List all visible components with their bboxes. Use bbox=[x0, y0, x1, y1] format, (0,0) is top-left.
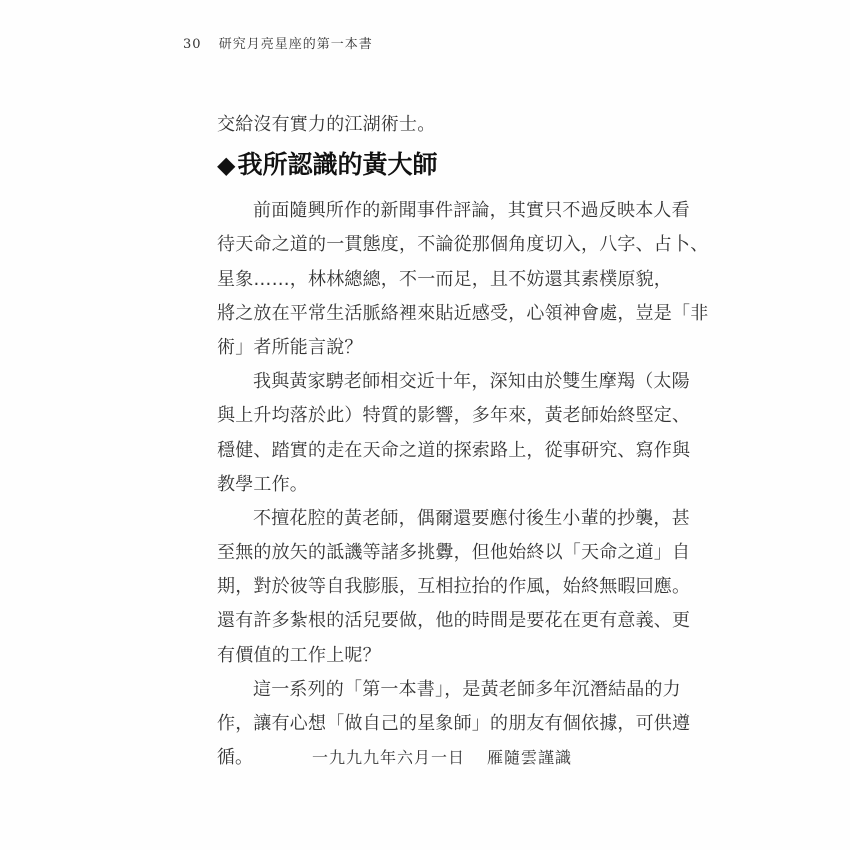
text-line: 教學工作。 bbox=[217, 468, 637, 502]
text-line: 作，讓有心想「做自己的星象師」的朋友有個依據，可供遵 bbox=[217, 707, 637, 741]
text-line: 還有許多紮根的活兒要做，他的時間是要花在更有意義、更 bbox=[217, 604, 637, 638]
text-line: 星象……，林林總總，不一而足，且不妨還其素樸原貌， bbox=[217, 263, 637, 297]
text-line: 穩健、踏實的走在天命之道的探索路上，從事研究、寫作與 bbox=[217, 434, 637, 468]
book-page: 30 研究月亮星座的第一本書 交給沒有實力的江湖術士。 ◆我所認識的黃大師 前面… bbox=[0, 0, 850, 850]
running-header: 30 研究月亮星座的第一本書 bbox=[183, 33, 373, 52]
section-heading: ◆我所認識的黃大師 bbox=[217, 142, 637, 188]
diamond-bullet-icon: ◆ bbox=[217, 142, 235, 188]
paragraph-4: 這一系列的「第一本書」，是黃老師多年沉潛結晶的力 作，讓有心想「做自己的星象師」… bbox=[217, 673, 637, 776]
carryover-line: 交給沒有實力的江湖術士。 bbox=[217, 108, 637, 142]
section-title: 我所認識的黃大師 bbox=[237, 150, 437, 179]
text-line: 至無的放矢的詆譏等諸多挑釁，但他始終以「天命之道」自 bbox=[217, 536, 637, 570]
page-number: 30 bbox=[183, 37, 202, 52]
text-line: 這一系列的「第一本書」，是黃老師多年沉潛結晶的力 bbox=[217, 673, 637, 707]
book-title: 研究月亮星座的第一本書 bbox=[219, 37, 373, 52]
text-line: 待天命之道的一貫態度，不論從那個角度切入，八字、占卜、 bbox=[217, 228, 637, 262]
text-line: 將之放在平常生活脈絡裡來貼近感受，心領神會處，豈是「非 bbox=[217, 297, 637, 331]
text-line: 不擅花腔的黃老師，偶爾還要應付後生小輩的抄襲，甚 bbox=[217, 502, 637, 536]
signature: 一九九九年六月一日雁隨雲謹識 bbox=[312, 741, 572, 775]
text-line: 有價值的工作上呢？ bbox=[217, 639, 637, 673]
text-line: 與上升均落於此）特質的影響，多年來，黃老師始終堅定、 bbox=[217, 399, 637, 433]
paragraph-1: 前面隨興所作的新聞事件評論，其實只不過反映本人看 待天命之道的一貫態度，不論從那… bbox=[217, 194, 637, 365]
text-line: 前面隨興所作的新聞事件評論，其實只不過反映本人看 bbox=[217, 194, 637, 228]
paragraph-3: 不擅花腔的黃老師，偶爾還要應付後生小輩的抄襲，甚 至無的放矢的詆譏等諸多挑釁，但… bbox=[217, 502, 637, 673]
paragraph-2: 我與黃家騁老師相交近十年，深知由於雙生摩羯（太陽 與上升均落於此）特質的影響，多… bbox=[217, 365, 637, 502]
text-line: 術」者所能言說？ bbox=[217, 331, 637, 365]
closing-word: 循。 bbox=[217, 747, 253, 768]
text-line: 期，對於彼等自我膨脹，互相拉抬的作風，始終無暇回應。 bbox=[217, 570, 637, 604]
text-line: 我與黃家騁老師相交近十年，深知由於雙生摩羯（太陽 bbox=[217, 365, 637, 399]
closing-line: 循。 一九九九年六月一日雁隨雲謹識 bbox=[217, 741, 637, 775]
signature-date: 一九九九年六月一日 bbox=[312, 748, 465, 767]
body-text: 交給沒有實力的江湖術士。 ◆我所認識的黃大師 前面隨興所作的新聞事件評論，其實只… bbox=[217, 108, 637, 775]
signature-author: 雁隨雲謹識 bbox=[487, 748, 572, 767]
